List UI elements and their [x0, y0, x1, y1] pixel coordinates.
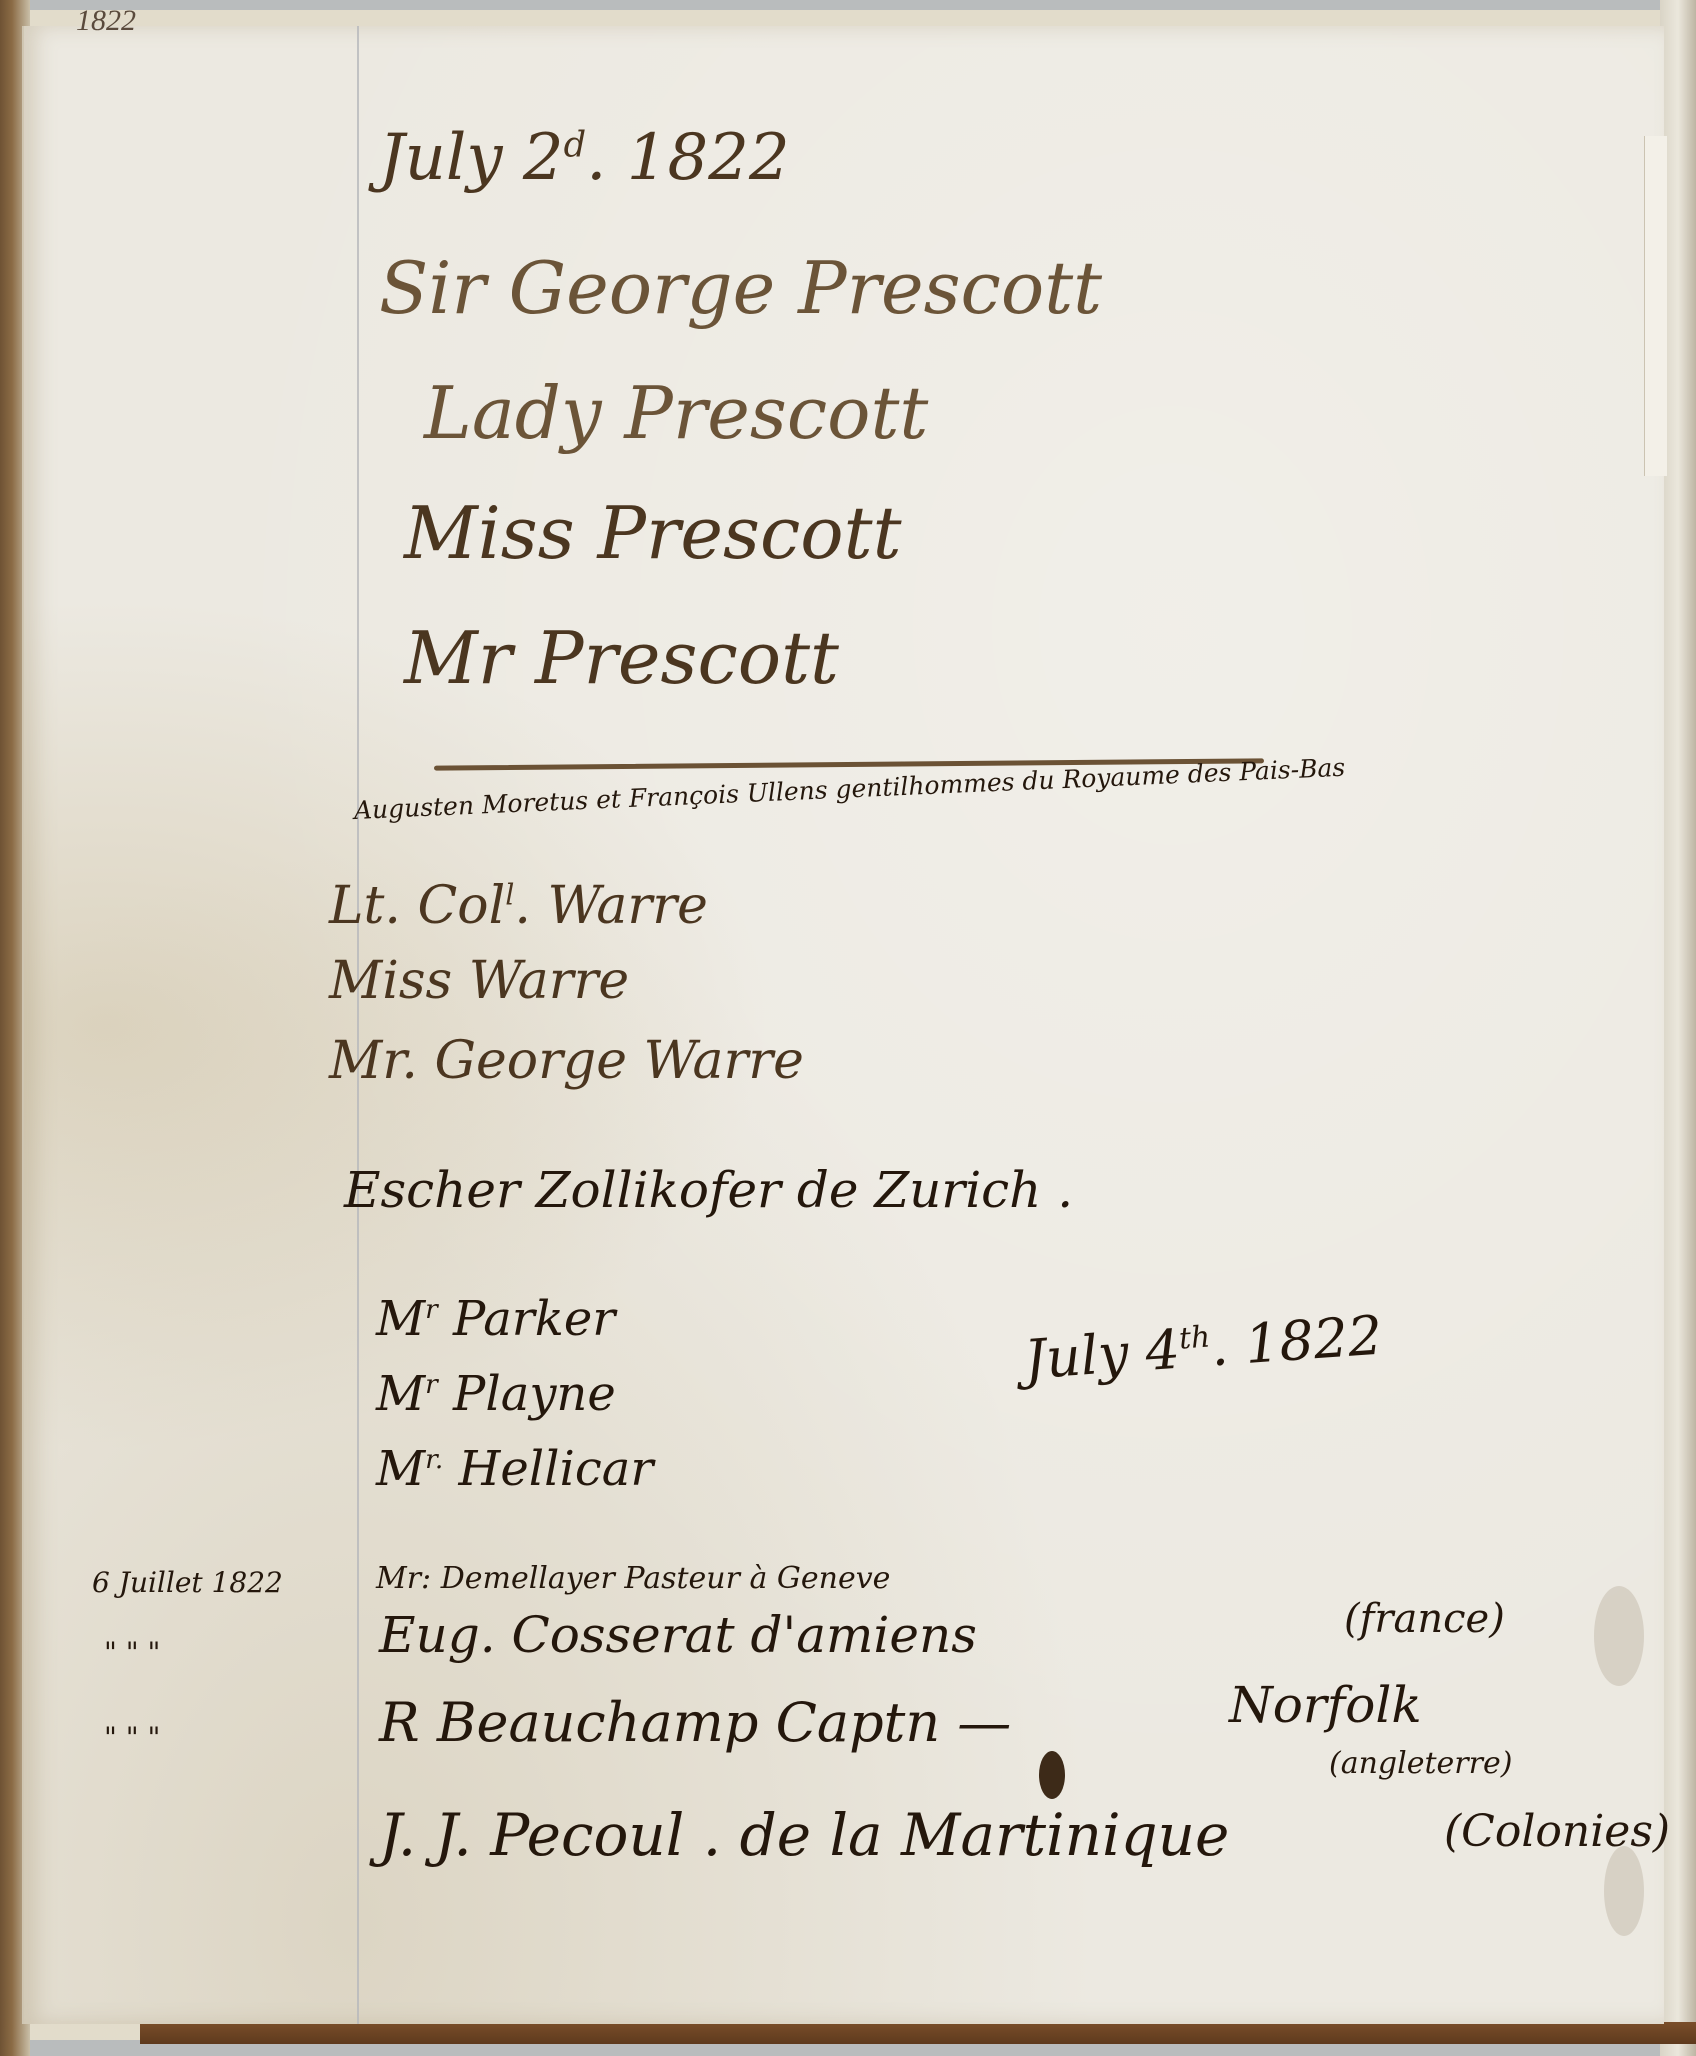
title-sup: r: [425, 1294, 438, 1325]
entry-mr-hellicar: Mr. Hellicar: [376, 1441, 653, 1497]
margin-date: 6 Juillet 1822: [92, 1566, 283, 1599]
entry-lady-prescott: Lady Prescott: [424, 371, 928, 455]
entry-mr-george-warre: Mr. George Warre: [329, 1031, 804, 1091]
entry-escher-zollikofer: Escher Zollikofer de Zurich .: [344, 1161, 1073, 1219]
entry-lt-col-warre: Lt. Coll. Warre: [329, 876, 708, 936]
title: Miss: [329, 951, 452, 1011]
entry-sir-george-prescott: Sir George Prescott: [379, 246, 1102, 330]
title: M: [376, 1366, 425, 1422]
header-date: July 2d. 1822: [379, 121, 790, 195]
name: Parker: [453, 1291, 615, 1347]
corner-year: 1822: [76, 4, 136, 38]
title: M: [376, 1291, 425, 1347]
entry-mr-playne: Mr Playne: [376, 1366, 616, 1422]
name: Warre: [547, 876, 707, 936]
margin-ditto: " " ": [104, 1721, 160, 1754]
title: M: [376, 1441, 425, 1497]
entry-cosserat-country: (france): [1344, 1596, 1505, 1642]
entry-beauchamp-place: Norfolk: [1229, 1676, 1422, 1734]
date-suffix: th: [1178, 1320, 1211, 1357]
title: Lt. Col: [329, 876, 505, 936]
title: Mr.: [329, 1031, 418, 1091]
entry-mr-parker: Mr Parker: [376, 1291, 615, 1347]
entry-miss-warre: Miss Warre: [329, 951, 629, 1011]
date-month-day: July 4: [1022, 1318, 1182, 1392]
name: Playne: [453, 1366, 616, 1422]
margin-ditto: " " ": [104, 1636, 160, 1669]
entry-pecoul: J. J. Pecoul . de la Martinique: [379, 1801, 1229, 1869]
header-date-year: 1822: [627, 121, 790, 195]
ink-blot: [1039, 1751, 1065, 1799]
entry-beauchamp-country: (angleterre): [1329, 1746, 1512, 1781]
name: George Warre: [434, 1031, 803, 1091]
entry-cosserat: Eug. Cosserat d'amiens: [379, 1606, 977, 1664]
name: Warre: [469, 951, 629, 1011]
margin-rule-line: [357, 26, 359, 2024]
torn-edge: [1644, 136, 1667, 476]
book-cover-bottom-edge: [140, 2022, 1696, 2044]
date-year: 1822: [1243, 1304, 1384, 1376]
entry-mr-prescott: Mr Prescott: [404, 616, 839, 700]
header-date-month-day: July 2: [379, 121, 564, 195]
title-sup: r: [425, 1369, 438, 1400]
ink-stain: [1604, 1846, 1644, 1936]
title-sup: r.: [425, 1444, 443, 1475]
entry-pecoul-note: (Colonies): [1444, 1806, 1670, 1857]
entry-demellayer: Mr: Demellayer Pasteur à Geneve: [376, 1561, 890, 1596]
ink-stain: [1594, 1586, 1644, 1686]
entry-beauchamp: R Beauchamp Captn —: [379, 1691, 1011, 1754]
name: Hellicar: [459, 1441, 654, 1497]
header-date-suffix: d: [564, 125, 587, 166]
register-page: 1822 July 2d. 1822 Sir George Prescott L…: [22, 26, 1664, 2024]
entry-miss-prescott: Miss Prescott: [404, 491, 902, 575]
july4-date: July 4th. 1822: [1022, 1304, 1384, 1392]
title-sup: l: [505, 878, 514, 912]
